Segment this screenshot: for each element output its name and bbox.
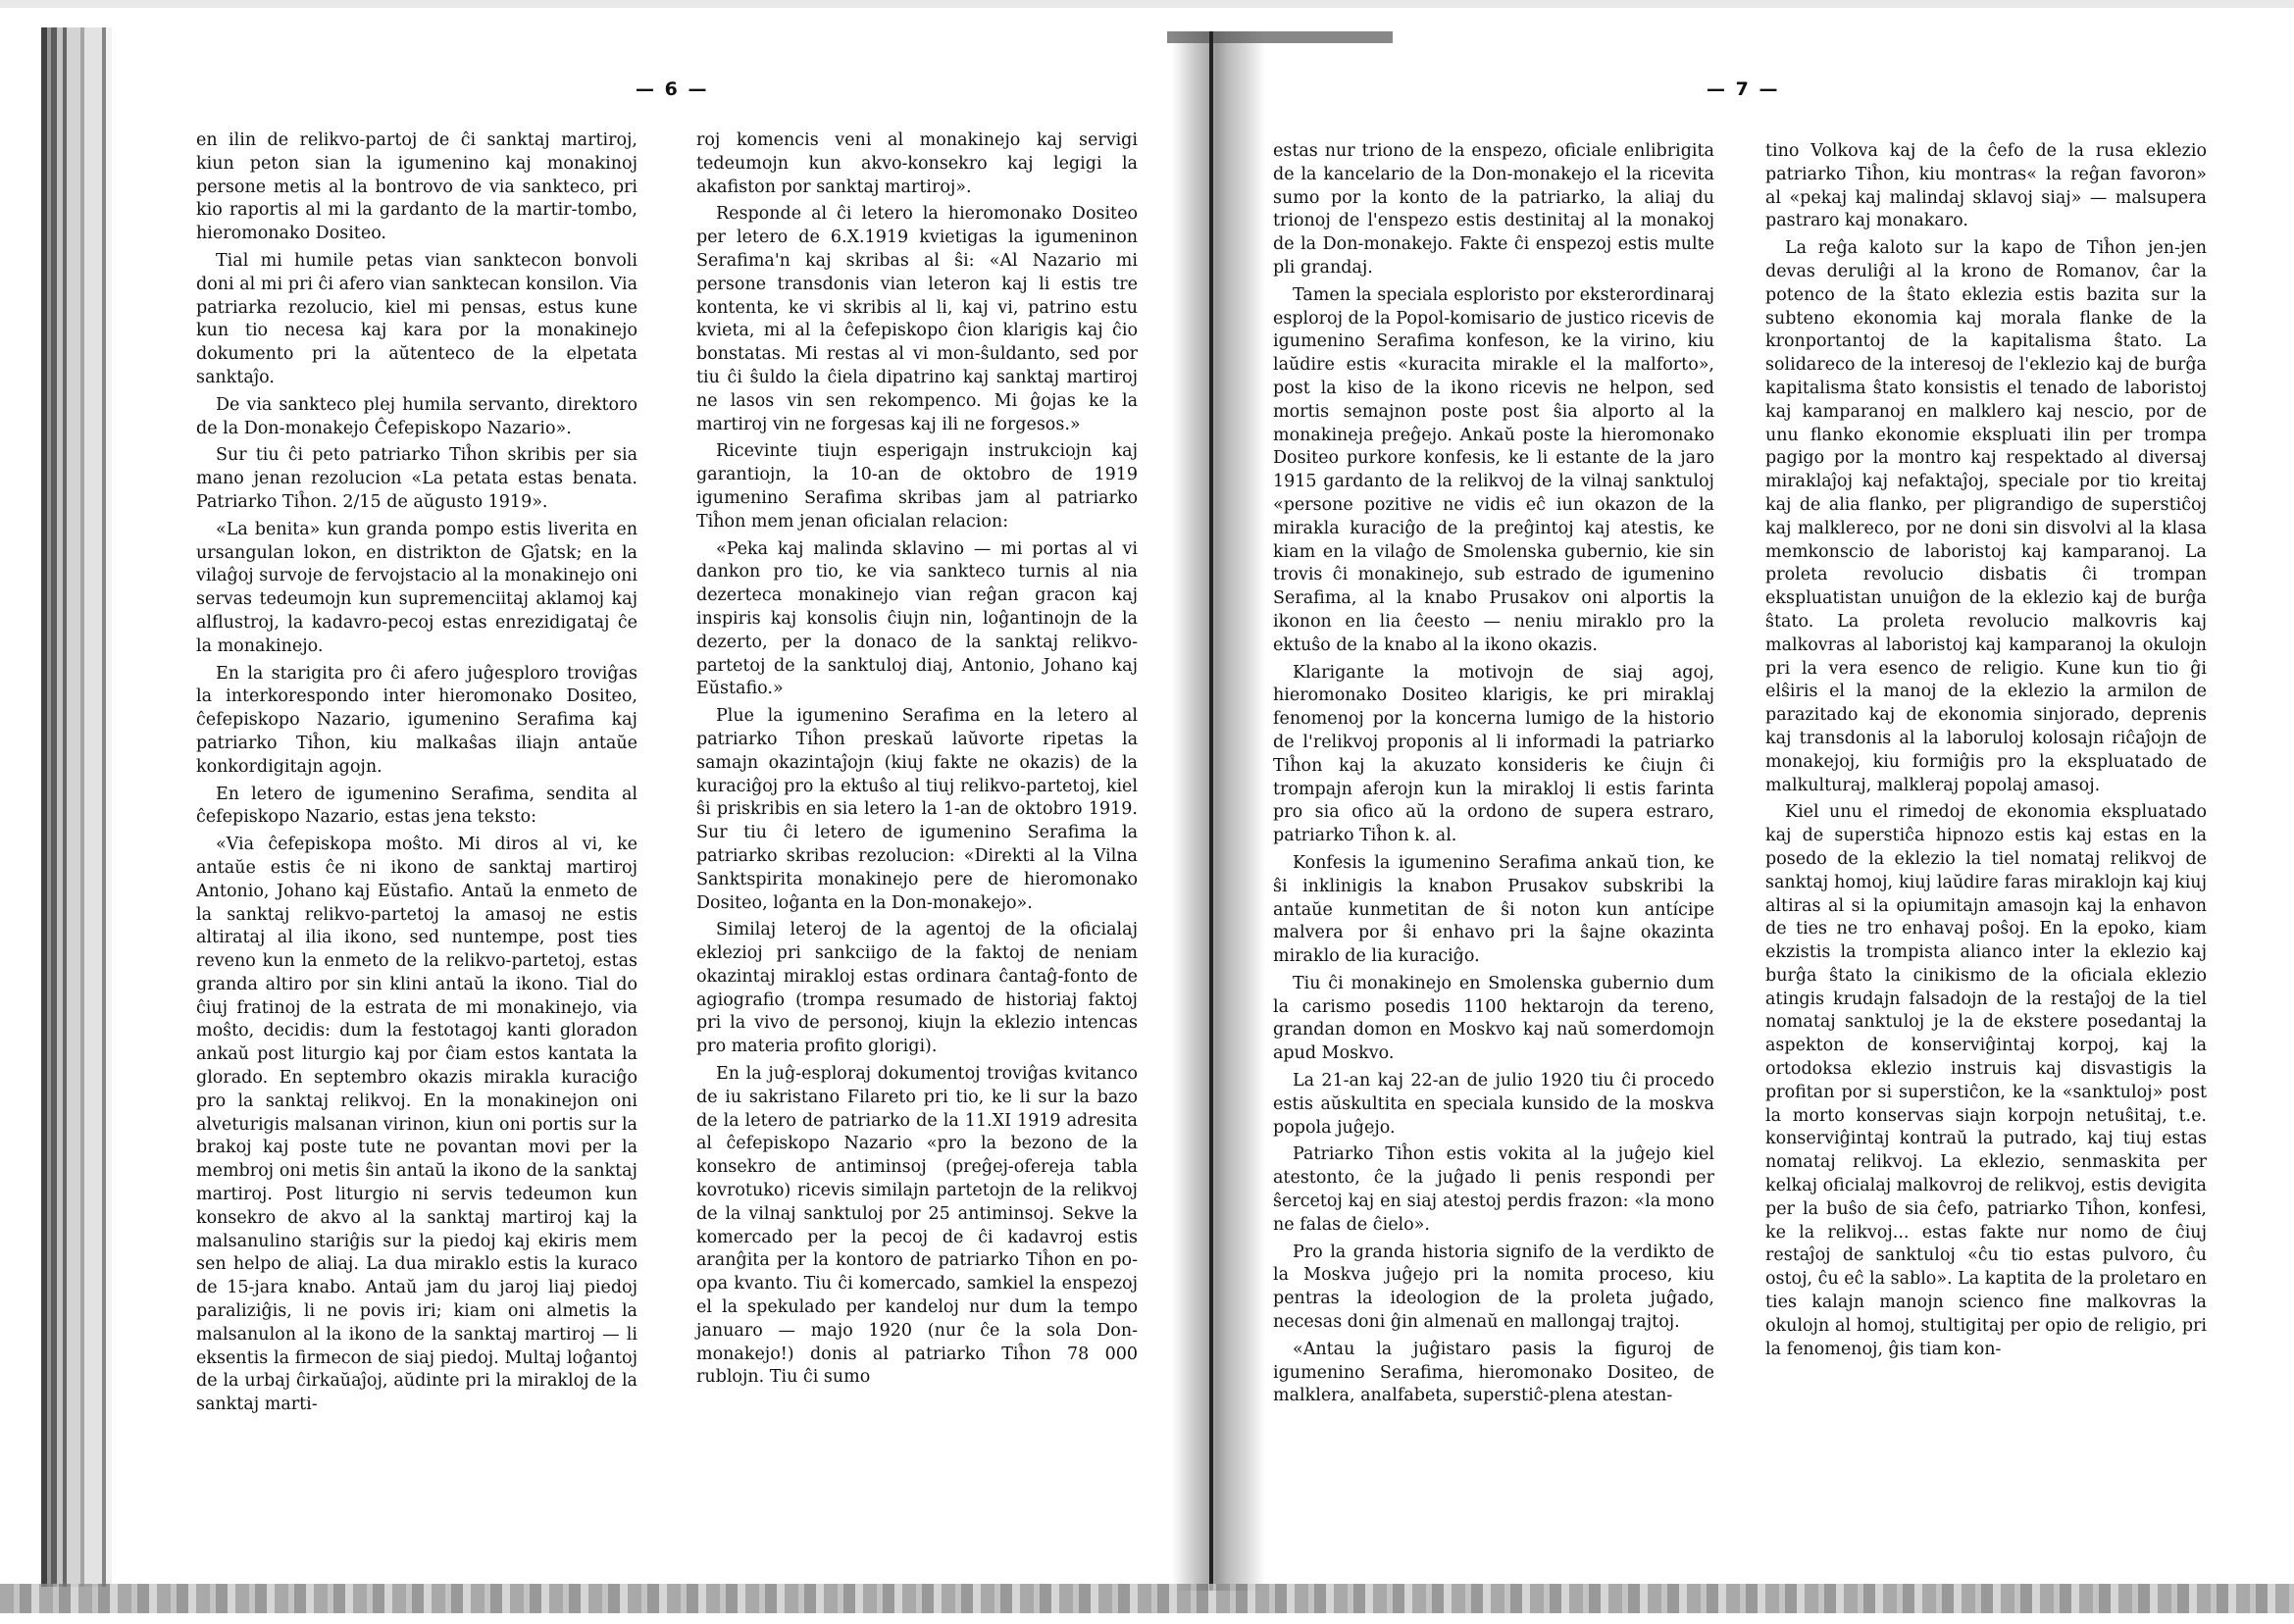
- paragraph: «La benita» kun granda pompo estis liver…: [196, 519, 637, 659]
- scan-top-edge: [0, 0, 2294, 8]
- paragraph: Konfesis la igumenino Serafima ankaŭ tio…: [1273, 852, 1714, 969]
- paragraph: La reĝa kaloto sur la kapo de Tiĥon jen-…: [1765, 237, 2207, 797]
- paragraph: estas nur triono de la enspezo, oficiale…: [1273, 140, 1714, 280]
- paragraph: en ilin de relikvo-partoj de ĉi sanktaj …: [196, 129, 637, 246]
- paragraph: roj komencis veni al monakinejo kaj serv…: [696, 129, 1138, 199]
- paragraph: En letero de igumenino Serafima, sendita…: [196, 784, 637, 831]
- paragraph: Patriarko Tiĥon estis vokita al la juĝej…: [1273, 1143, 1714, 1237]
- paragraph: En la juĝ-esploraj dokumentoj troviĝas k…: [696, 1063, 1138, 1390]
- paragraph: Klarigante la motivojn de siaj agoj, hie…: [1273, 662, 1714, 848]
- paragraph: En la starigita pro ĉi afero juĝesploro …: [196, 663, 637, 780]
- paragraph: «Via ĉefepiskopa moŝto. Mi diros al vi, …: [196, 834, 637, 1417]
- paragraph: Ricevinte tiujn esperigajn instrukciojn …: [696, 440, 1138, 533]
- book-spine-line: [1209, 31, 1213, 1591]
- right-page-column-2: tino Volkova kaj de la ĉefo de la rusa e…: [1765, 140, 2207, 1361]
- book-left-edge: [41, 27, 112, 1587]
- paragraph: Kiel unu el rimedoj de ekonomia ekspluat…: [1765, 801, 2207, 1361]
- paragraph: Tial mi humile petas vian sanktecon bonv…: [196, 250, 637, 390]
- gutter-top-shadow: [1167, 31, 1393, 43]
- paragraph: Pro la granda historia signifo de la ver…: [1273, 1242, 1714, 1335]
- paragraph: «Peka kaj malinda sklavino — mi portas a…: [696, 538, 1138, 702]
- left-page-column-1: en ilin de relikvo-partoj de ĉi sanktaj …: [196, 129, 637, 1417]
- page-number-left: — 6 —: [636, 78, 708, 100]
- paragraph: Sur tiu ĉi peto patriarko Tiĥon skribis …: [196, 444, 637, 514]
- paragraph: tino Volkova kaj de la ĉefo de la rusa e…: [1765, 140, 2207, 233]
- paragraph: Responde al ĉi letero la hieromonako Dos…: [696, 203, 1138, 436]
- scan-bottom-edge: [0, 1584, 2294, 1613]
- left-page-column-2: roj komencis veni al monakinejo kaj serv…: [696, 129, 1138, 1390]
- page-number-right: — 7 —: [1707, 78, 1779, 100]
- paragraph: De via sankteco plej humila servanto, di…: [196, 394, 637, 441]
- paragraph: Plue la igumenino Serafima en la letero …: [696, 705, 1138, 915]
- paragraph: Tiu ĉi monakinejo en Smolenska gubernio …: [1273, 973, 1714, 1066]
- paragraph: «Antau la juĝistaro pasis la figuroj de …: [1273, 1339, 1714, 1408]
- book-gutter-shadow: [1172, 31, 1265, 1591]
- paragraph: Similaj leteroj de la agentoj de la ofic…: [696, 919, 1138, 1059]
- right-page-column-1: estas nur triono de la enspezo, oficiale…: [1273, 140, 1714, 1408]
- paragraph: Tamen la speciala esploristo por ekstero…: [1273, 284, 1714, 658]
- paragraph: La 21-an kaj 22-an de julio 1920 tiu ĉi …: [1273, 1070, 1714, 1140]
